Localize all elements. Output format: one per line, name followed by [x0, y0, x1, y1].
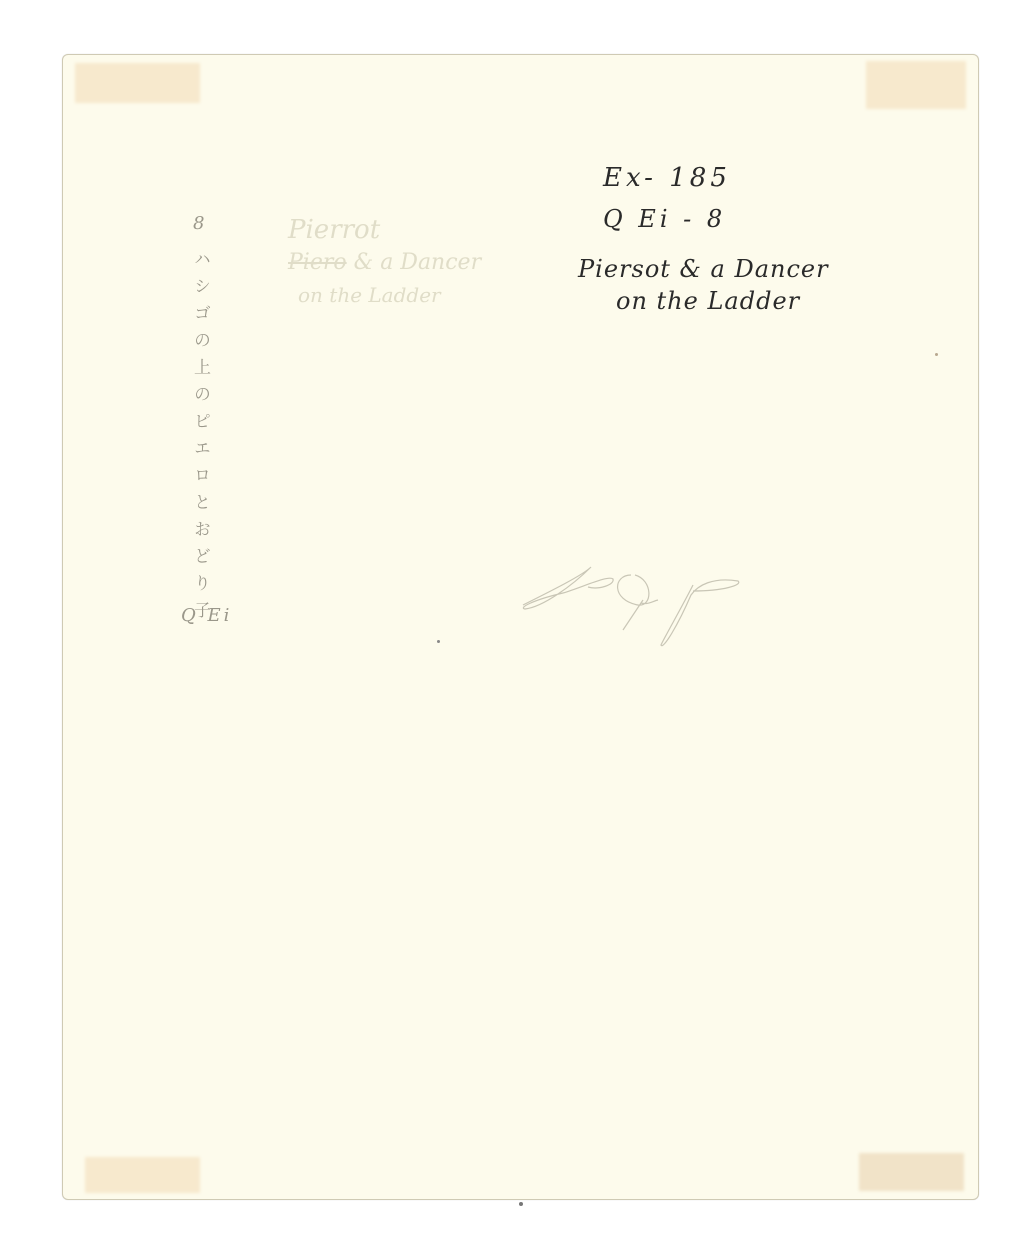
- title-line-2: on the Ladder: [616, 287, 800, 315]
- speck: [519, 1202, 523, 1206]
- adhesive-stain-bottom-right: [859, 1153, 964, 1191]
- adhesive-stain-top-right: [866, 61, 966, 109]
- speck: [935, 353, 938, 356]
- japanese-number: 8: [193, 213, 204, 234]
- pencil-note-line-2: Piero & a Dancer: [288, 250, 481, 275]
- adhesive-stain-top-left: [75, 63, 200, 103]
- pencil-struck-word: Piero: [288, 250, 347, 275]
- pencil-signature: [513, 545, 753, 665]
- photo-back-paper: 8 ハシゴの上のピエロとおどり子 Q Ei Pierrot Piero & a …: [62, 54, 979, 1200]
- pencil-note-line-2-rest: & a Dancer: [347, 250, 481, 275]
- series-code: Q Ei - 8: [603, 205, 726, 233]
- japanese-code: Q Ei: [181, 605, 232, 626]
- pencil-note-line-3: on the Ladder: [298, 283, 441, 307]
- pencil-note-line-1: Pierrot: [288, 215, 380, 245]
- catalog-number: Ex- 185: [603, 163, 731, 193]
- adhesive-stain-bottom-left: [85, 1157, 200, 1193]
- japanese-title-vertical: ハシゴの上のピエロとおどり子: [183, 250, 213, 628]
- title-line-1: Piersot & a Dancer: [578, 255, 829, 283]
- speck: [437, 640, 440, 643]
